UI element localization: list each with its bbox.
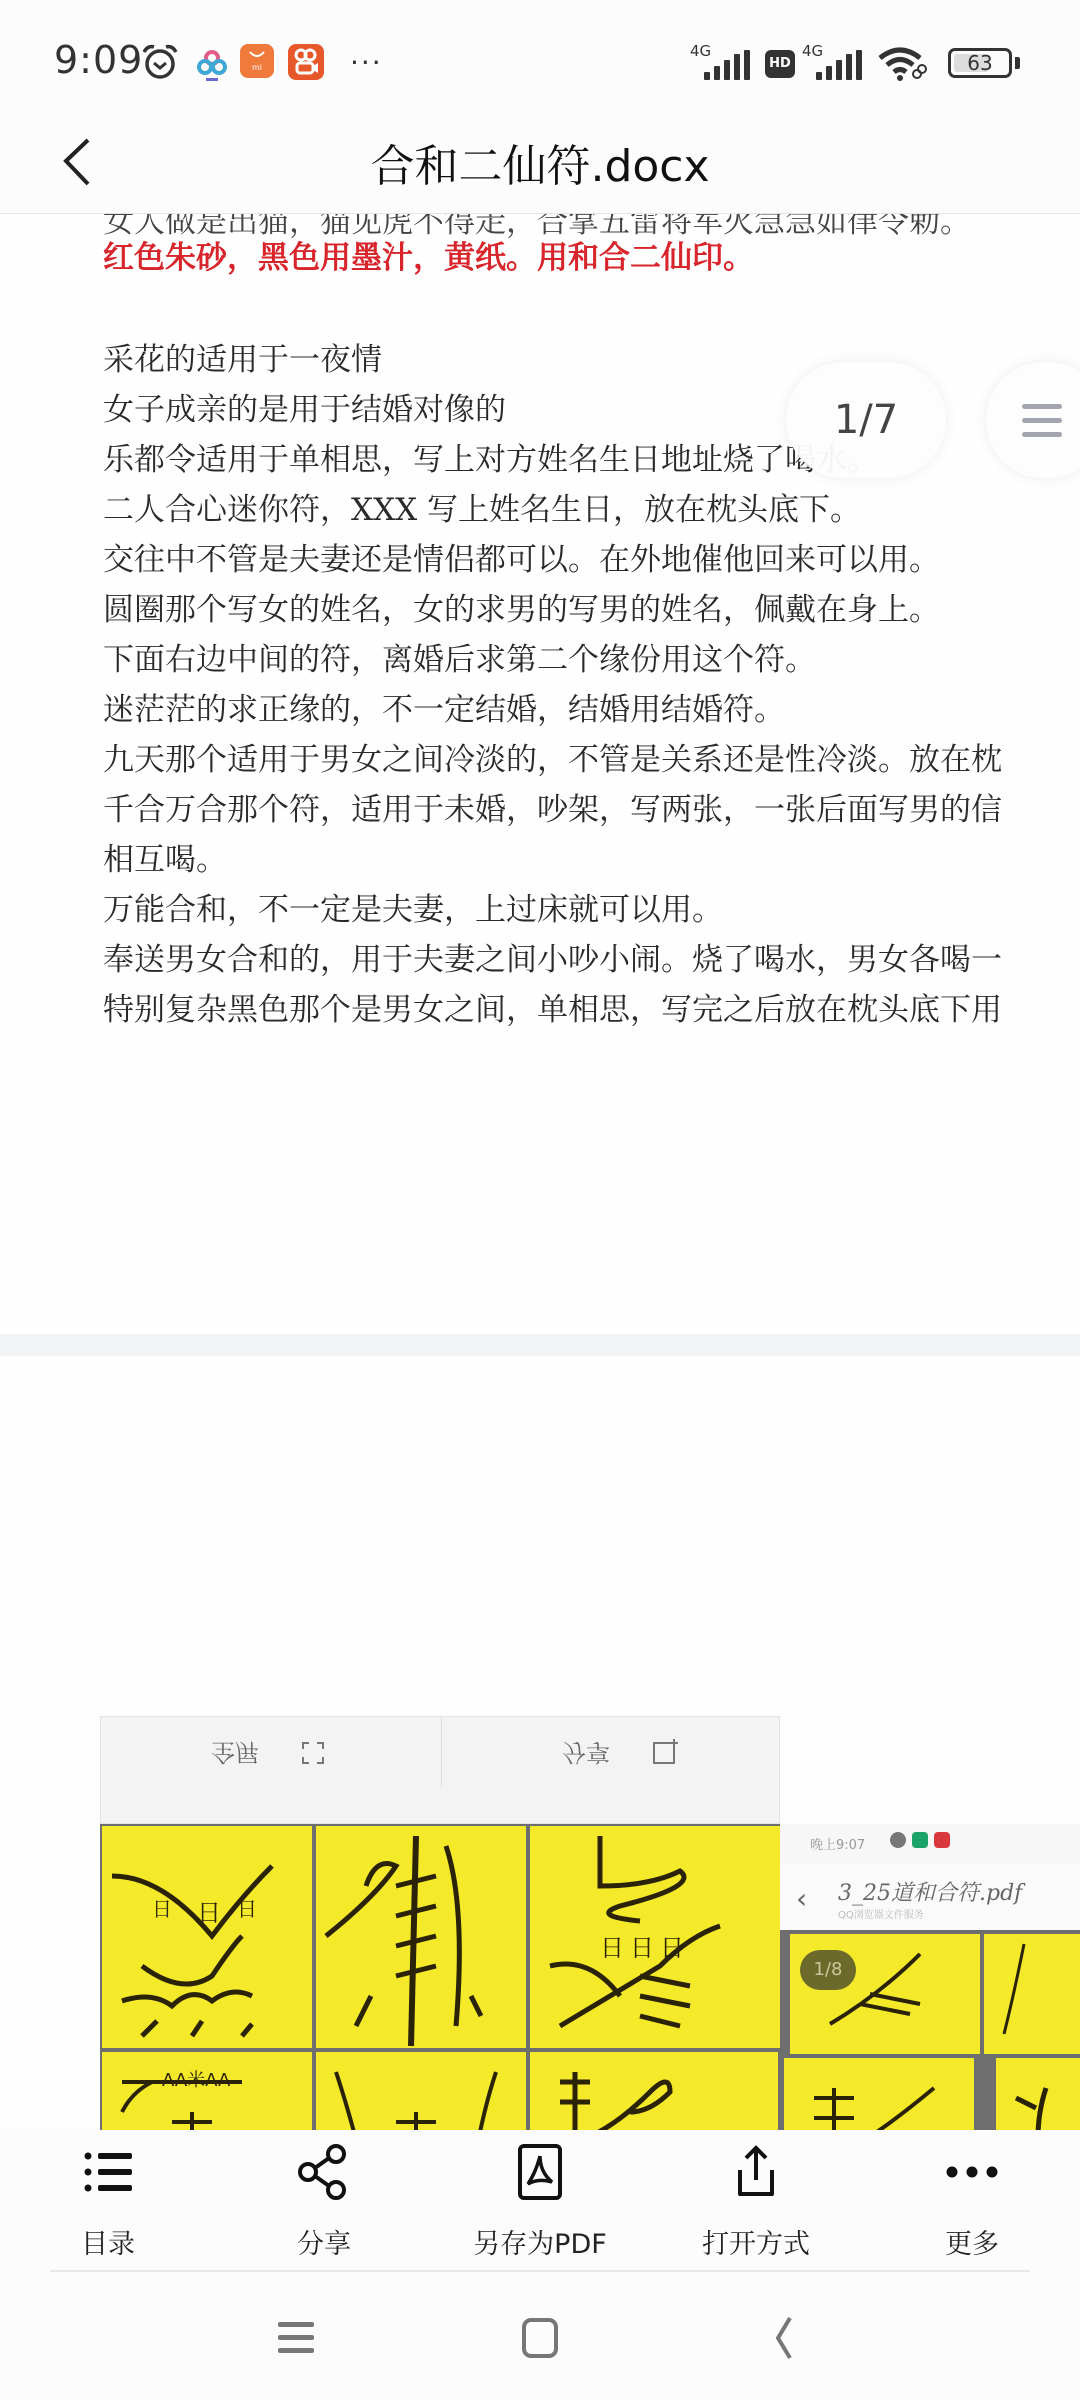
svg-text:日: 日 — [197, 1899, 221, 1927]
toc-button[interactable]: 目录 — [0, 2130, 216, 2274]
home-icon — [500, 2302, 580, 2372]
page-2: 全屏 分享 日日日 日日日 AA — [0, 1356, 1080, 2174]
hd-voice-icon: HD — [765, 50, 795, 78]
menu-icon — [1022, 404, 1062, 409]
doc-line-red: 红色朱砂，黑色用墨汁，黄纸。用和合二仙印。 — [103, 232, 754, 277]
doc-line: 交往中不管是夫妻还是情侣都可以。在外地催他回来可以用。 — [103, 534, 940, 579]
svg-text:日: 日 — [630, 1934, 654, 1962]
image-screen-header: 全屏 分享 — [100, 1716, 780, 1824]
doc-line: 乐都令适用于单相思，写上对方姓名生日地址烧了喝水。 — [103, 434, 878, 479]
nav-back-button[interactable] — [744, 2302, 824, 2372]
status-bar: 9:09 mi ··· 4G HD 4G 63 — [0, 0, 1080, 110]
talisman-grid: 日日日 日日日 AA米AA 月月月 — [100, 1824, 780, 2174]
nav-home-button[interactable] — [500, 2302, 580, 2372]
avatar-icon — [890, 1832, 906, 1848]
wifi-icon — [876, 44, 928, 84]
doc-line: 圆圈那个写女的姓名，女的求男的写男的姓名，佩戴在身上。 — [103, 584, 940, 629]
save-as-pdf-button[interactable]: 另存为PDF — [432, 2130, 648, 2274]
svg-text:mi: mi — [252, 63, 262, 72]
nav-menu-button[interactable] — [256, 2302, 336, 2372]
overlay-back-icon: ‹ — [796, 1882, 807, 1915]
mi-store-icon: mi — [240, 44, 274, 78]
talisman-tile: 日日日 — [530, 1826, 780, 2048]
pdf-icon — [510, 2142, 570, 2202]
page-separator — [0, 1334, 1080, 1356]
kuaishou-icon — [288, 44, 324, 80]
talisman-tile — [316, 1826, 526, 2048]
doc-line: 千合万合那个符，适用于未婚，吵架，写两张，一张后面写男的信 — [103, 784, 1002, 829]
overlay-screenshot: 晚上9:07 ‹ 3_25道和合符.pdf QQ浏览器文件服务 1/8 — [780, 1824, 1080, 2174]
phone-icon — [912, 1832, 928, 1848]
svg-text:日: 日 — [237, 1897, 257, 1921]
share-icon — [294, 2142, 354, 2202]
doc-line: 下面右边中间的符，离婚后求第二个缘份用这个符。 — [103, 634, 816, 679]
back-icon — [744, 2302, 824, 2372]
open-with-icon — [726, 2142, 786, 2202]
page-indicator[interactable]: 1/7 — [786, 362, 946, 478]
more-notifications-icon: ··· — [350, 46, 383, 79]
doc-line: 二人合心迷你符，XXX 写上姓名生日，放在枕头底下。 — [103, 484, 861, 529]
doc-line: 九天那个适用于男女之间冷淡的，不管是关系还是性冷淡。放在枕 — [103, 734, 1002, 779]
doc-line: 奉送男女合和的，用于夫妻之间小吵小闹。烧了喝水，男女各喝一 — [103, 934, 1002, 979]
doc-line: 相互喝。 — [103, 834, 227, 879]
list-icon — [78, 2142, 138, 2202]
fullscreen-icon — [301, 1741, 325, 1765]
open-with-button[interactable]: 打开方式 — [648, 2130, 864, 2274]
doc-line: 万能合和，不一定是夫妻，上过床就可以用。 — [103, 884, 723, 929]
overlay-page-badge: 1/8 — [800, 1950, 856, 1990]
alarm-icon — [140, 42, 180, 82]
share-image-icon — [652, 1739, 678, 1765]
document-title: 合和二仙符.docx — [0, 130, 1080, 194]
svg-text:日: 日 — [600, 1934, 624, 1962]
bottom-toolbar: 目录 分享 另存为PDF 打开方式 更多 — [0, 2130, 1080, 2274]
svg-text:日: 日 — [152, 1897, 172, 1921]
more-button[interactable]: 更多 — [864, 2130, 1080, 2274]
document-viewer[interactable]: 女人做是出猫，猫见虎不得走，合掌五雷将军火急急如律令勅。 红色朱砂，黑色用墨汁，… — [0, 214, 1080, 2174]
embedded-talisman-image: 全屏 分享 日日日 日日日 AA — [100, 1716, 1080, 2174]
talisman-tile: 日日日 — [102, 1826, 312, 2048]
doc-line: 采花的适用于一夜情 — [103, 334, 382, 379]
status-time: 9:09 — [54, 38, 143, 82]
system-nav-bar — [0, 2272, 1080, 2400]
doc-line: 特别复杂黑色那个是男女之间，单相思，写完之后放在枕头底下用 — [103, 984, 1002, 1029]
doc-line: 迷茫茫的求正缘的，不一定结婚，结婚用结婚符。 — [103, 684, 785, 729]
menu-icon — [256, 2302, 336, 2372]
doc-line: 女子成亲的是用于结婚对像的 — [103, 384, 506, 429]
title-bar: 合和二仙符.docx — [0, 110, 1080, 214]
share-button[interactable]: 分享 — [216, 2130, 432, 2274]
svg-text:AA米AA: AA米AA — [162, 2070, 231, 2091]
battery-tip — [1015, 57, 1020, 69]
cloud-app-icon — [196, 48, 228, 82]
more-icon — [942, 2142, 1002, 2202]
recorder-icon — [934, 1832, 950, 1848]
talisman-tile — [984, 1934, 1080, 2054]
battery-icon: 63 — [948, 48, 1012, 78]
